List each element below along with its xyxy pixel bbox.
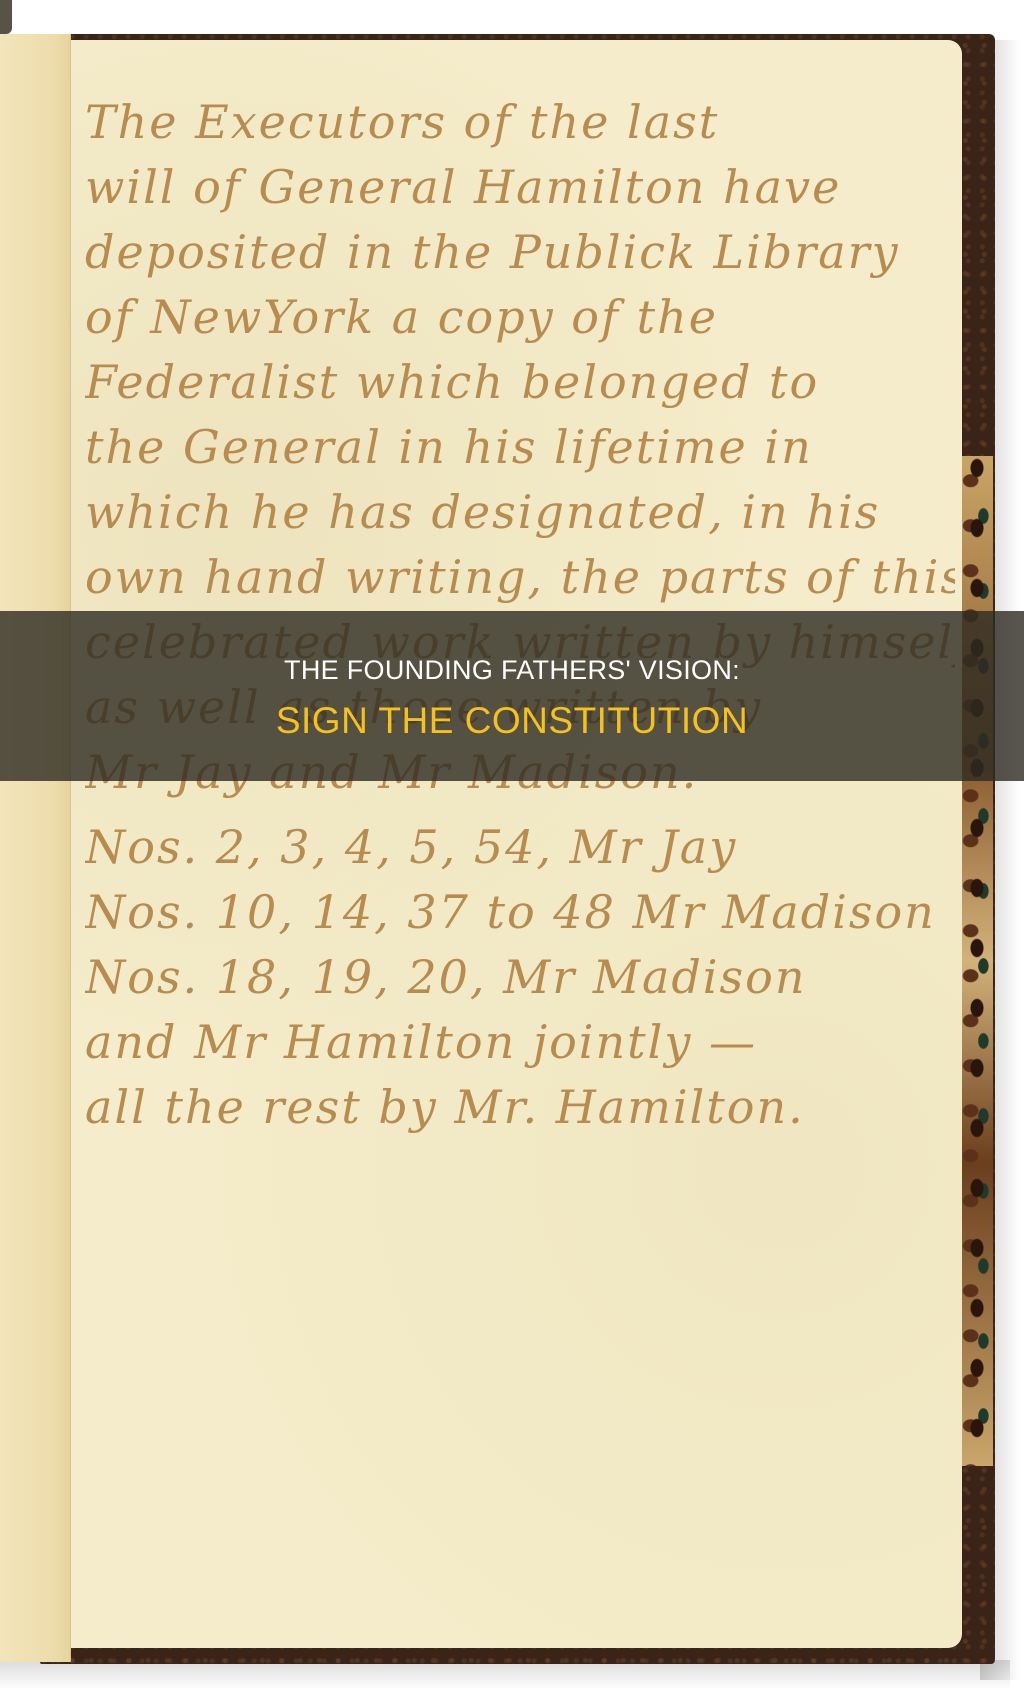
manuscript-line: Nos. 10, 14, 37 to 48 Mr Madison bbox=[85, 880, 955, 945]
manuscript-line: Nos. 2, 3, 4, 5, 54, Mr Jay bbox=[85, 815, 955, 880]
manuscript-line: the General in his lifetime in bbox=[85, 415, 955, 480]
manuscript-line: will of General Hamilton have bbox=[85, 155, 955, 220]
manuscript-line: of NewYork a copy of the bbox=[85, 285, 955, 350]
manuscript-line: The Executors of the last bbox=[85, 90, 955, 155]
title-line-2: SIGN THE CONSTITUTION bbox=[0, 700, 1024, 742]
title-line-1: THE FOUNDING FATHERS' VISION: bbox=[0, 655, 1024, 686]
binding-corner bbox=[0, 0, 12, 34]
manuscript-line: all the rest by Mr. Hamilton. bbox=[85, 1075, 955, 1140]
manuscript-line: Federalist which belonged to bbox=[85, 350, 955, 415]
manuscript-line: which he has designated, in his bbox=[85, 480, 955, 545]
manuscript-line: deposited in the Publick Library bbox=[85, 220, 955, 285]
flyleaf bbox=[0, 34, 71, 1662]
marbled-page-edge bbox=[961, 456, 993, 1466]
manuscript-line: and Mr Hamilton jointly — bbox=[85, 1010, 955, 1075]
manuscript-line: Nos. 18, 19, 20, Mr Madison bbox=[85, 945, 955, 1010]
manuscript-line: own hand writing, the parts of this bbox=[85, 545, 955, 610]
title-overlay-band bbox=[0, 611, 1024, 781]
book-shadow-bottom bbox=[0, 1660, 1010, 1690]
